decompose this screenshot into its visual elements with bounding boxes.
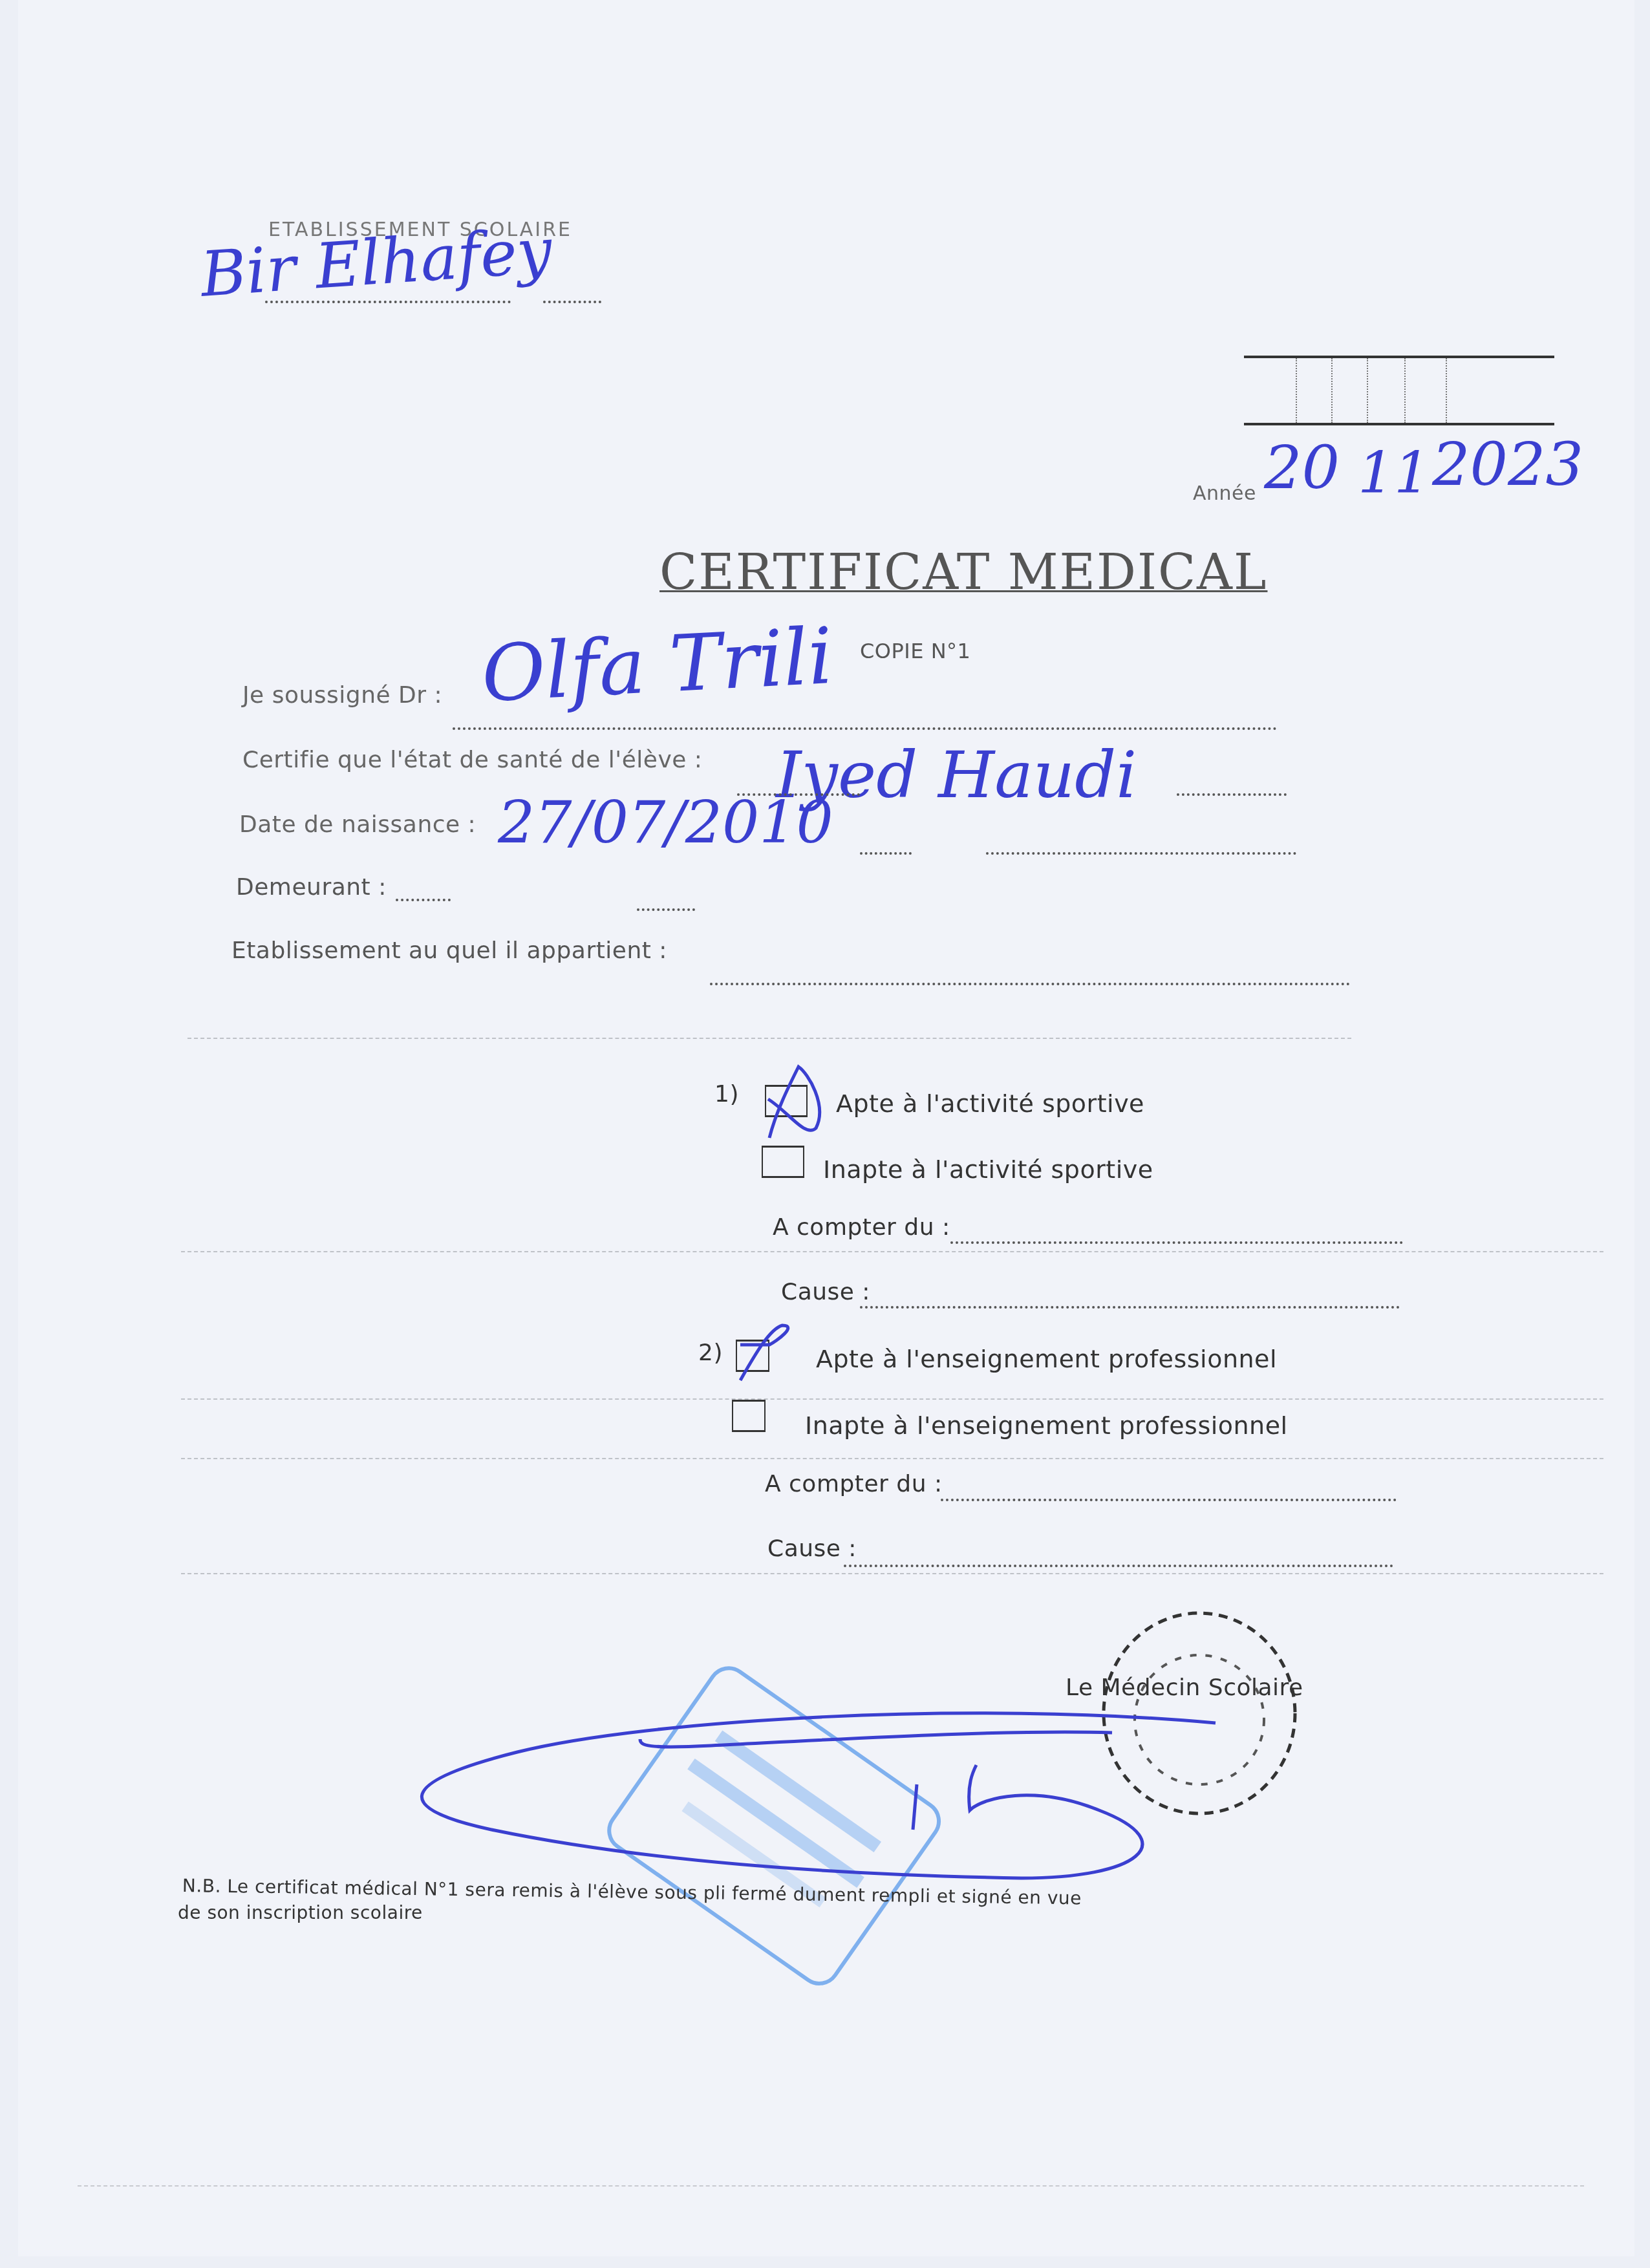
- note-line-2: de son inscription scolaire: [178, 1902, 423, 1923]
- check-mark-icon: [768, 1067, 820, 1138]
- check-mark-icon: [740, 1325, 788, 1380]
- bottom-tear-line: [78, 2185, 1584, 2187]
- doctor-signature-icon: [0, 0, 1650, 2268]
